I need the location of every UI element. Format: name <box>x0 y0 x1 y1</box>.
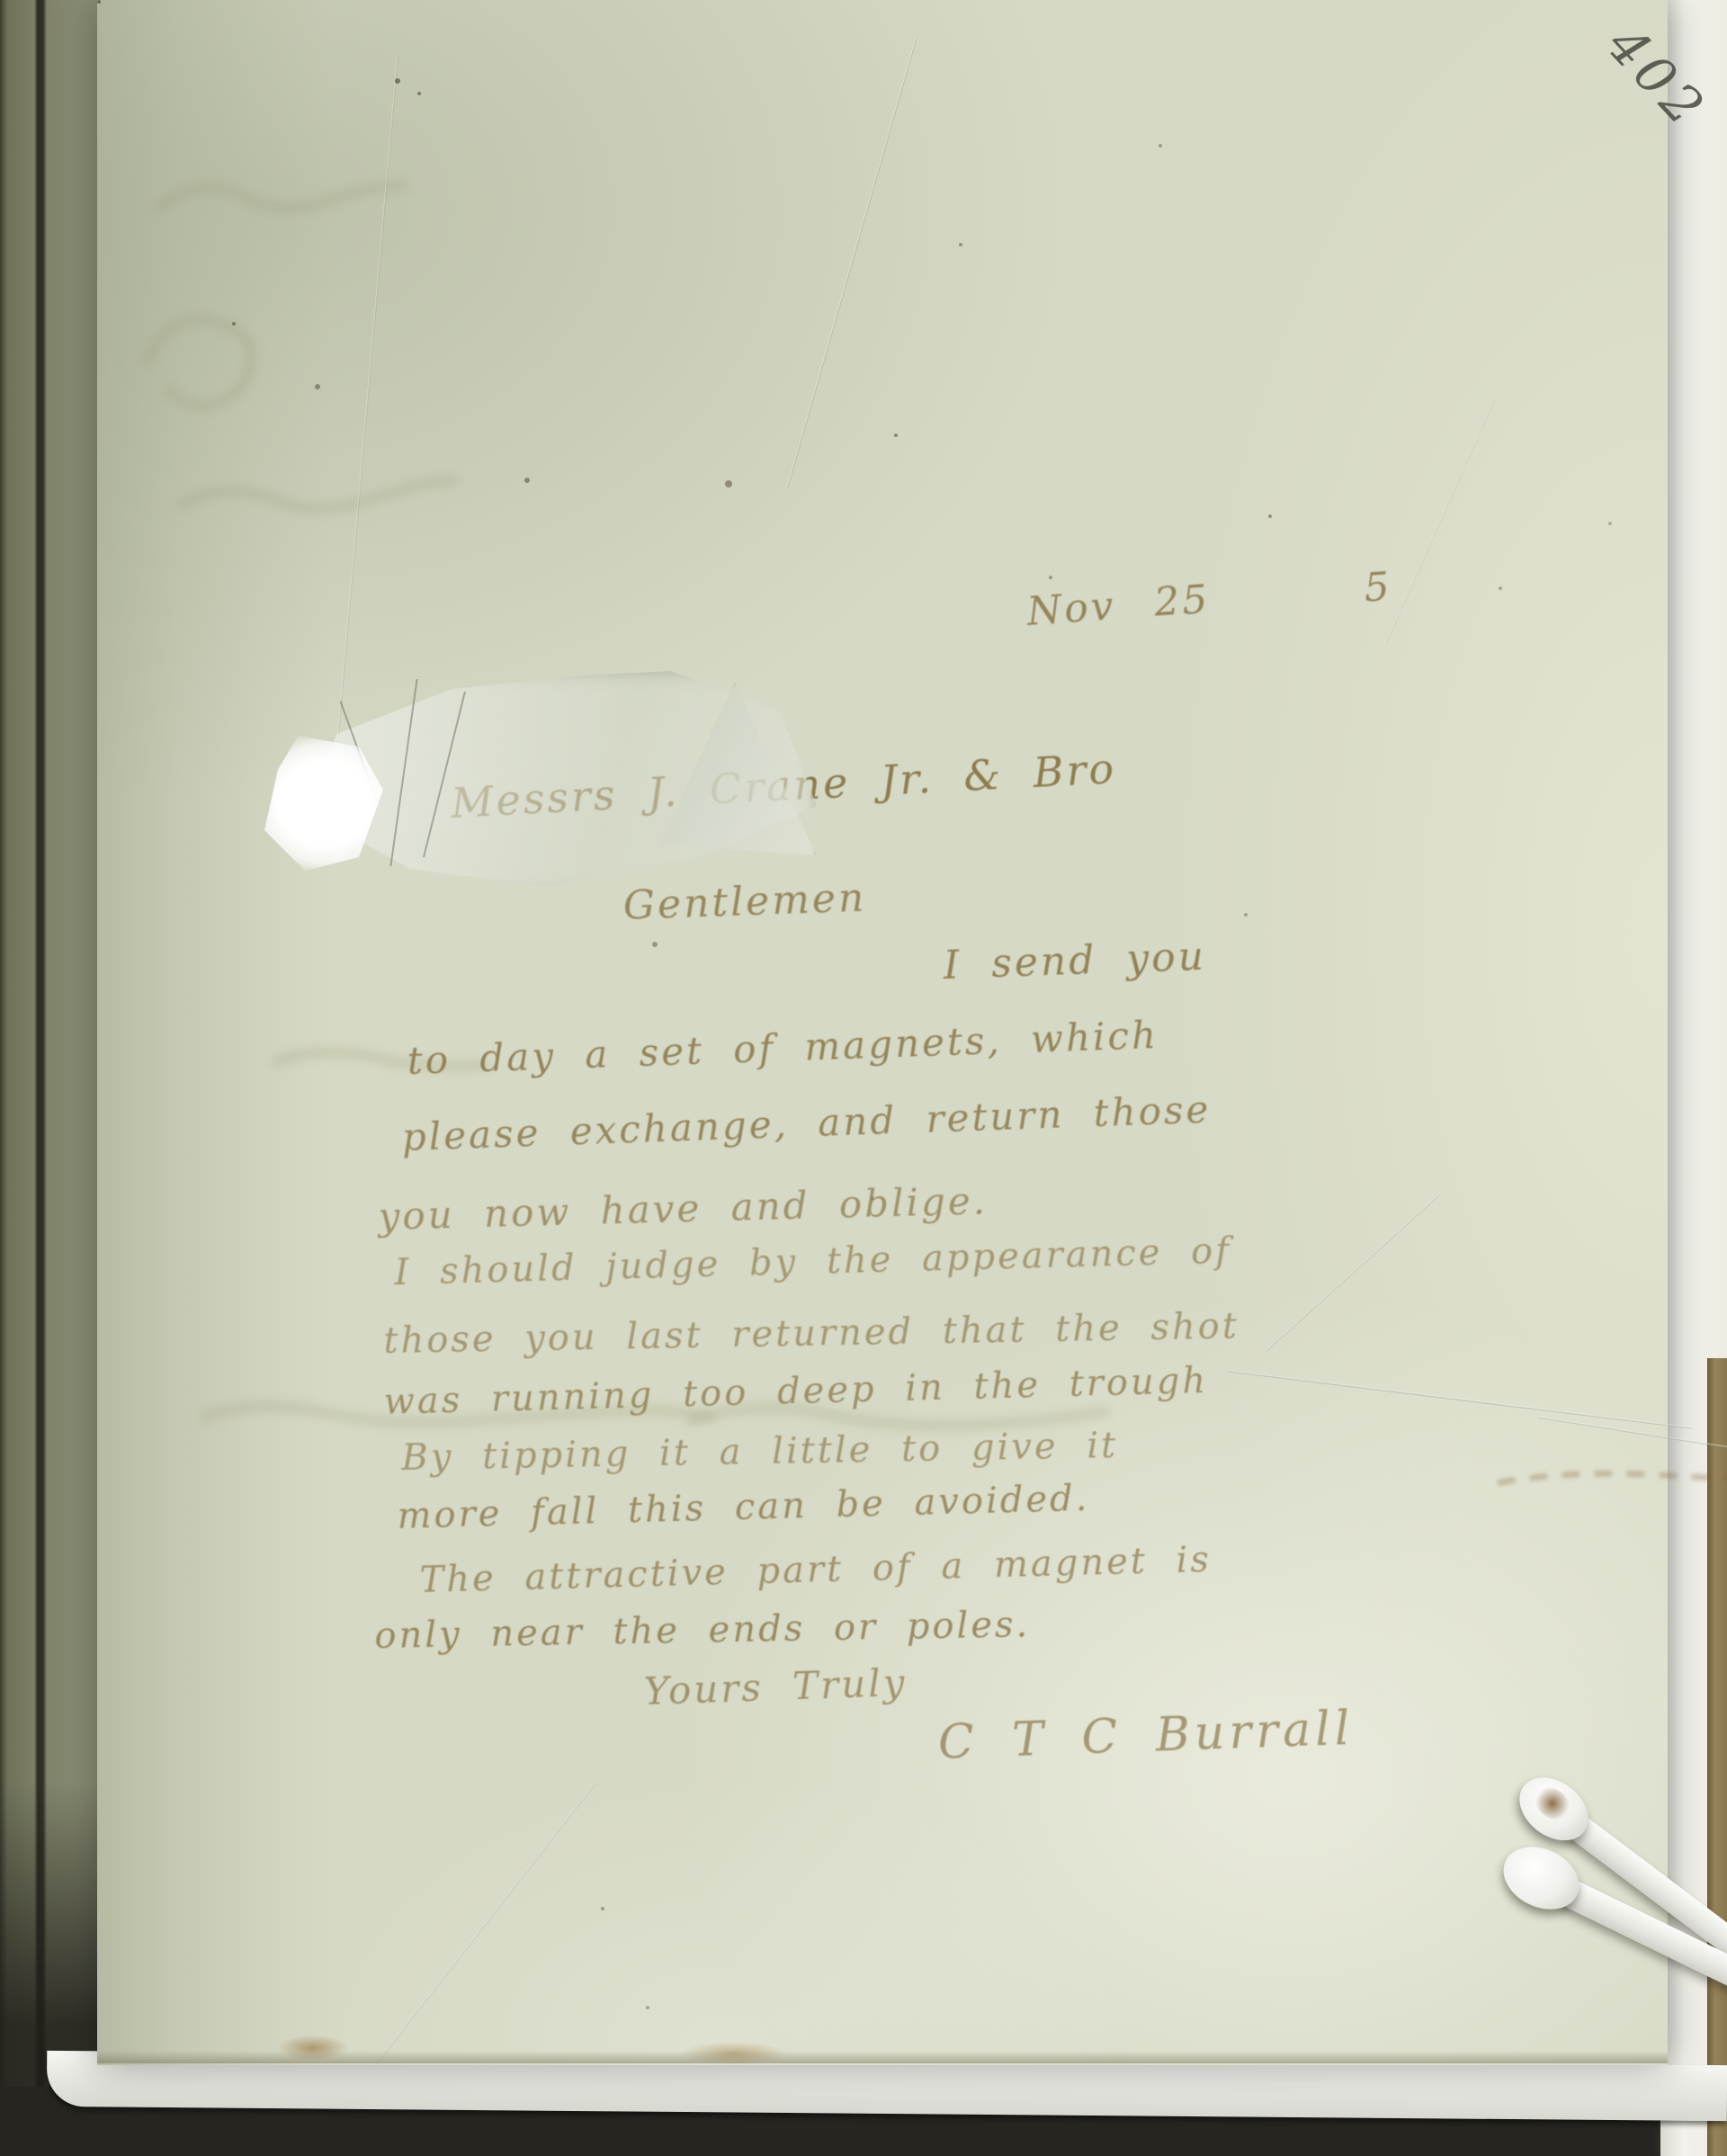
book-cover-edge <box>1707 1358 1727 2156</box>
paper-crease <box>373 1783 596 2067</box>
paper-crease <box>1384 398 1496 646</box>
scanned-letter-page: 402 Nov 25 5 Messrs J. Crane Jr. & Bro G… <box>0 0 1727 2156</box>
sheet-bottom-shadow <box>97 2051 1668 2063</box>
paper-crease <box>1266 1194 1441 1351</box>
paper-crease <box>1228 1370 1692 1428</box>
paper-crease <box>786 38 917 488</box>
torn-paper-patch <box>259 662 835 914</box>
closing-line: Yours Truly <box>643 1660 908 1713</box>
body-line: I send you <box>943 934 1207 989</box>
foxing-specks <box>97 0 101 4</box>
ink-bleedthrough <box>97 0 1727 2156</box>
paper-crease <box>337 55 398 736</box>
